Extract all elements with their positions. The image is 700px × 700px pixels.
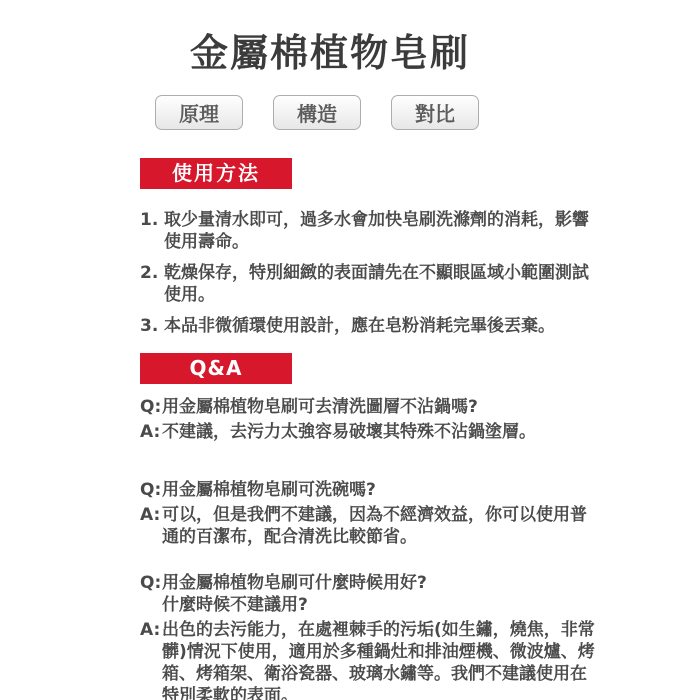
section-heading-usage: 使用方法 [140,158,292,189]
section-heading-qa: Q&A [140,353,292,384]
usage-item-2-text: 乾燥保存，特別細緻的表面請先在不顯眼區域小範圍測試使用。 [164,262,598,306]
qa-3-question: Q: 用金屬棉植物皂刷可什麼時候用好? 什麼時候不建議用? [140,572,600,616]
usage-item-1-text: 取少量清水即可，過多水會加快皂刷洗滌劑的消耗，影響使用壽命。 [164,209,598,253]
nav-button-principle[interactable]: 原理 [155,95,243,130]
usage-item-3-number: 3. [140,315,164,337]
question-prefix: Q: [140,479,162,501]
answer-prefix: A: [140,504,162,548]
qa-3-answer-text: 出色的去污能力，在處裡棘手的污垢(如生鏽，燒焦，非常髒)情況下使用，適用於多種鍋… [162,619,600,700]
question-prefix: Q: [140,572,162,616]
nav-button-structure[interactable]: 構造 [273,95,361,130]
qa-pair-3: Q: 用金屬棉植物皂刷可什麼時候用好? 什麼時候不建議用? A: 出色的去污能力… [140,572,600,700]
qa-pair-1: Q: 用金屬棉植物皂刷可去清洗圖層不沾鍋嗎? A: 不建議，去污力太強容易破壞其… [140,396,600,443]
qa-3-answer: A: 出色的去污能力，在處裡棘手的污垢(如生鏽，燒焦，非常髒)情況下使用，適用於… [140,619,600,700]
qa-1-answer-text: 不建議，去污力太強容易破壞其特殊不沾鍋塗層。 [162,421,600,443]
qa-2-question-text: 用金屬棉植物皂刷可洗碗嗎? [162,479,600,501]
usage-item-1: 1. 取少量清水即可，過多水會加快皂刷洗滌劑的消耗，影響使用壽命。 [140,209,598,253]
usage-instruction-list: 1. 取少量清水即可，過多水會加快皂刷洗滌劑的消耗，影響使用壽命。 2. 乾燥保… [140,209,598,337]
qa-pair-2: Q: 用金屬棉植物皂刷可洗碗嗎? A: 可以，但是我們不建議，因為不經濟效益，你… [140,479,600,548]
qa-1-question: Q: 用金屬棉植物皂刷可去清洗圖層不沾鍋嗎? [140,396,600,418]
qa-1-answer: A: 不建議，去污力太強容易破壞其特殊不沾鍋塗層。 [140,421,600,443]
usage-item-3-text: 本品非微循環使用設計，應在皂粉消耗完畢後丟棄。 [164,315,598,337]
usage-item-2-number: 2. [140,262,164,306]
nav-button-row: 原理 構造 對比 [155,95,700,130]
answer-prefix: A: [140,421,162,443]
usage-item-1-number: 1. [140,209,164,253]
answer-prefix: A: [140,619,162,700]
qa-2-question: Q: 用金屬棉植物皂刷可洗碗嗎? [140,479,600,501]
qa-1-question-text: 用金屬棉植物皂刷可去清洗圖層不沾鍋嗎? [162,396,600,418]
question-prefix: Q: [140,396,162,418]
qa-2-answer-text: 可以，但是我們不建議，因為不經濟效益，你可以使用普通的百潔布，配合清洗比較節省。 [162,504,600,548]
usage-item-3: 3. 本品非微循環使用設計，應在皂粉消耗完畢後丟棄。 [140,315,598,337]
product-info-page: 金屬棉植物皂刷 原理 構造 對比 使用方法 1. 取少量清水即可，過多水會加快皂… [0,0,700,700]
qa-3-question-text: 用金屬棉植物皂刷可什麼時候用好? 什麼時候不建議用? [162,572,600,616]
page-title: 金屬棉植物皂刷 [0,22,660,77]
qa-list: Q: 用金屬棉植物皂刷可去清洗圖層不沾鍋嗎? A: 不建議，去污力太強容易破壞其… [140,396,600,700]
nav-button-comparison[interactable]: 對比 [391,95,479,130]
usage-item-2: 2. 乾燥保存，特別細緻的表面請先在不顯眼區域小範圍測試使用。 [140,262,598,306]
qa-2-answer: A: 可以，但是我們不建議，因為不經濟效益，你可以使用普通的百潔布，配合清洗比較… [140,504,600,548]
